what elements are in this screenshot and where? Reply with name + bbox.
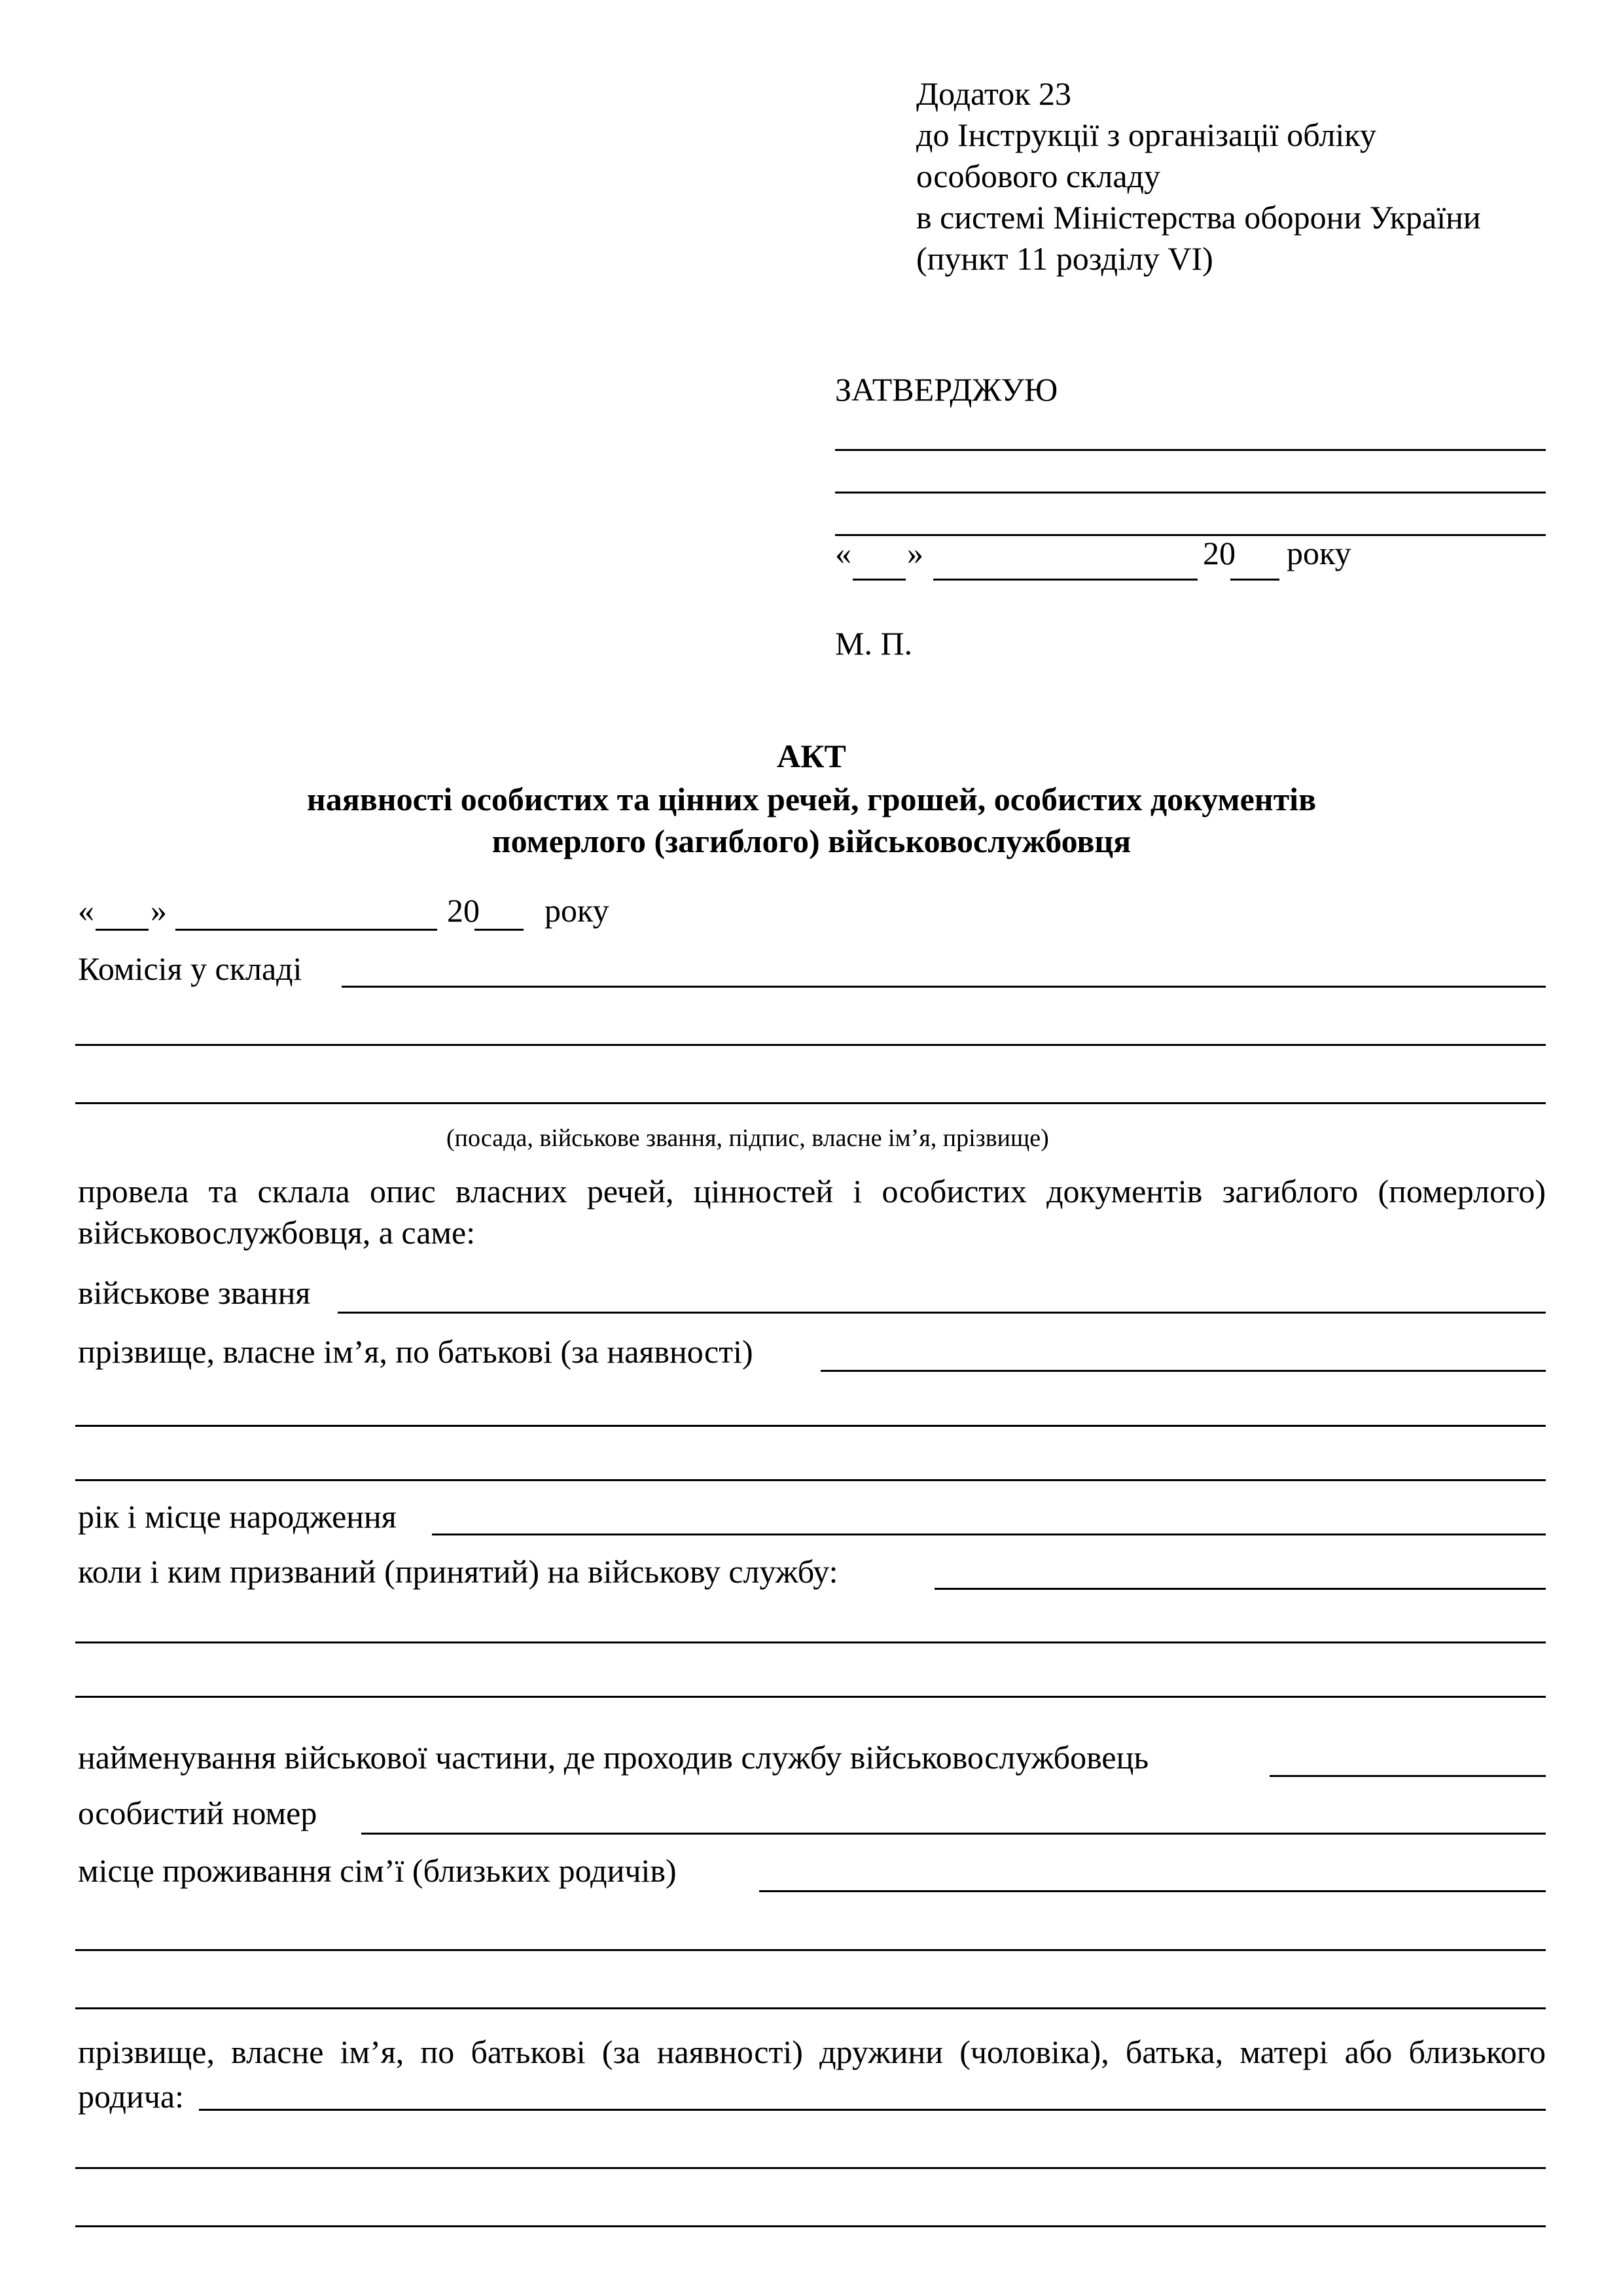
full-name-input-line-1[interactable]	[821, 1370, 1546, 1372]
intro-line-2: військовослужбовця, а саме:	[78, 1216, 475, 1249]
title-line-3: померлого (загиблого) військовослужбовця	[0, 825, 1623, 857]
relative-input-line-2[interactable]	[75, 2167, 1546, 2169]
unit-label: найменування військової частини, де прох…	[78, 1741, 1149, 1774]
conscription-input-line-3[interactable]	[75, 1696, 1546, 1698]
conscription-label: коли і ким призваний (принятий) на війсь…	[78, 1555, 838, 1588]
approval-year-field[interactable]	[1230, 579, 1279, 581]
family-residence-input-line-1[interactable]	[759, 1890, 1546, 1892]
approval-year-prefix: 20	[1203, 537, 1236, 569]
annex-line-3: особового складу	[916, 160, 1160, 192]
family-residence-input-line-2[interactable]	[75, 1949, 1546, 1951]
conscription-input-line-1[interactable]	[935, 1588, 1546, 1590]
act-year-field[interactable]	[474, 929, 524, 931]
act-day-field[interactable]	[96, 929, 149, 931]
approval-month-field[interactable]	[933, 579, 1198, 581]
full-name-input-line-2[interactable]	[75, 1425, 1546, 1427]
annex-line-2: до Інструкції з організації обліку	[916, 118, 1376, 151]
relative-label-line-1: прізвище, власне ім’я, по батькові (за н…	[78, 2036, 1546, 2068]
commission-field-line-3[interactable]	[75, 1102, 1546, 1104]
relative-input-line-1[interactable]	[199, 2109, 1546, 2111]
act-date-open-quote: «	[78, 894, 94, 927]
approval-year-suffix: року	[1287, 537, 1351, 569]
relative-label-line-2: родича:	[78, 2080, 184, 2113]
personal-number-label: особистий номер	[78, 1797, 317, 1829]
commission-field-line-2[interactable]	[75, 1044, 1546, 1046]
full-name-label: прізвище, власне ім’я, по батькові (за н…	[78, 1335, 753, 1368]
act-date-close-quote: »	[151, 894, 167, 927]
rank-input-line[interactable]	[338, 1312, 1546, 1314]
family-residence-label: місце проживання сім’ї (близьких родичів…	[78, 1854, 677, 1887]
birth-input-line[interactable]	[432, 1534, 1546, 1535]
unit-input-line[interactable]	[1270, 1775, 1546, 1777]
annex-line-5: (пункт 11 розділу VI)	[916, 242, 1213, 275]
approval-signature-line-2[interactable]	[835, 492, 1546, 493]
approval-signature-line-3[interactable]	[835, 534, 1546, 536]
commission-caption: (посада, військове звання, підпис, власн…	[446, 1126, 1049, 1151]
annex-line-4: в системі Міністерства оборони України	[916, 201, 1481, 234]
approval-date-close-quote: »	[907, 537, 923, 569]
approval-label: ЗАТВЕРДЖУЮ	[835, 373, 1058, 406]
title-main: АКТ	[0, 740, 1623, 772]
annex-number: Додаток 23	[916, 77, 1071, 110]
full-name-input-line-3[interactable]	[75, 1479, 1546, 1481]
personal-number-input-line[interactable]	[361, 1833, 1546, 1835]
approval-signature-line-1[interactable]	[835, 449, 1546, 451]
stamp-place-label: М. П.	[835, 627, 912, 660]
act-year-suffix: року	[544, 894, 609, 927]
rank-label: військове звання	[78, 1276, 310, 1309]
relative-input-line-3[interactable]	[75, 2225, 1546, 2227]
commission-label: Комісія у складі	[78, 952, 302, 985]
act-month-field[interactable]	[175, 929, 437, 931]
birth-label: рік і місце народження	[78, 1500, 397, 1533]
approval-day-field[interactable]	[853, 579, 906, 581]
family-residence-input-line-3[interactable]	[75, 2007, 1546, 2009]
act-year-prefix: 20	[447, 894, 480, 927]
approval-date-open-quote: «	[835, 537, 851, 569]
conscription-input-line-2[interactable]	[75, 1641, 1546, 1643]
commission-field-line-1[interactable]	[342, 986, 1546, 988]
intro-line-1: провела та склала опис власних речей, ці…	[78, 1175, 1546, 1208]
title-line-2: наявності особистих та цінних речей, гро…	[0, 783, 1623, 816]
